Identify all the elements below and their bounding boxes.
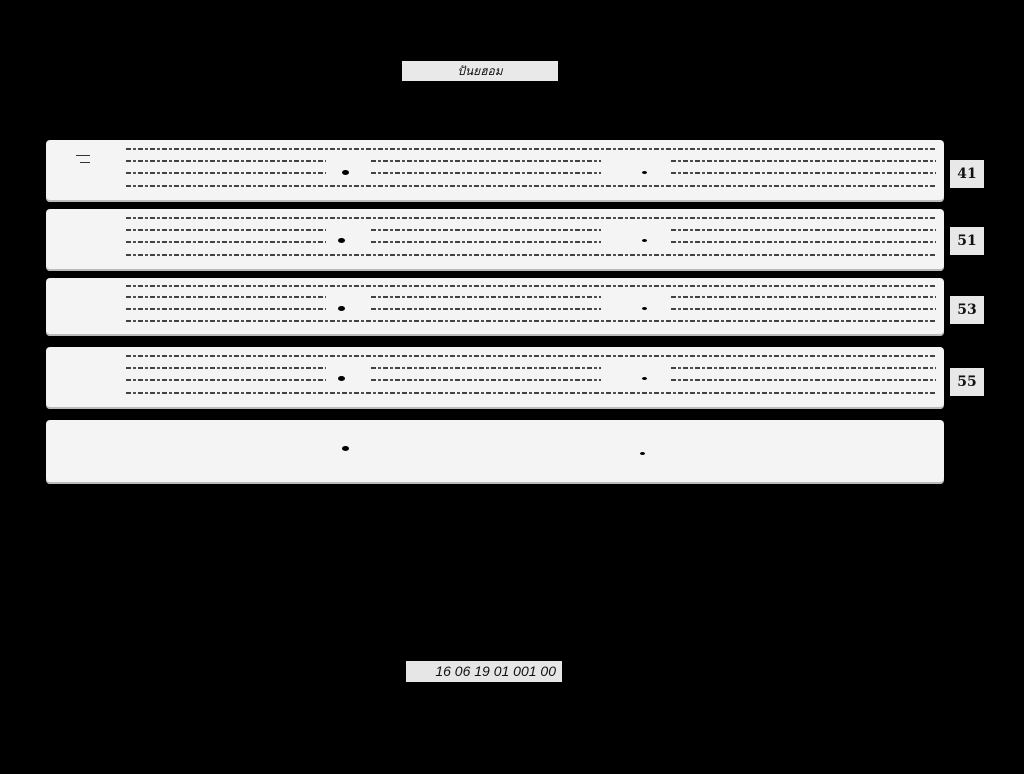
leaf-number-label: 51 <box>950 227 984 255</box>
script-line <box>126 320 936 322</box>
palm-leaf-1 <box>46 140 944 202</box>
script-line <box>126 185 936 187</box>
string-hole <box>642 239 647 242</box>
script-line <box>126 296 326 298</box>
leaf-number-label: 55 <box>950 368 984 396</box>
leaf-number-label: 53 <box>950 296 984 324</box>
script-line <box>671 172 936 174</box>
script-line <box>126 254 936 256</box>
script-line <box>671 160 936 162</box>
palm-leaf-4 <box>46 347 944 409</box>
string-hole <box>338 376 345 381</box>
script-line <box>371 160 601 162</box>
script-line <box>371 379 601 381</box>
script-line <box>126 308 326 310</box>
script-line <box>671 296 936 298</box>
palm-leaf-3 <box>46 278 944 336</box>
string-hole <box>642 307 647 310</box>
script-line <box>371 229 601 231</box>
string-hole <box>642 171 647 174</box>
margin-mark <box>80 162 90 163</box>
script-line <box>126 355 936 357</box>
script-line <box>671 229 936 231</box>
string-hole <box>342 170 349 175</box>
script-line <box>371 367 601 369</box>
palm-leaf-5-blank <box>46 420 944 484</box>
script-line <box>126 379 326 381</box>
script-line <box>671 241 936 243</box>
script-line <box>371 296 601 298</box>
script-line <box>126 160 326 162</box>
script-line <box>126 217 936 219</box>
palm-leaf-2 <box>46 209 944 271</box>
script-line <box>371 241 601 243</box>
script-line <box>671 379 936 381</box>
script-line <box>671 367 936 369</box>
microfilm-id-card: 16 06 19 01 001 00 <box>406 661 562 682</box>
script-line <box>126 367 326 369</box>
margin-mark <box>76 155 90 156</box>
script-line <box>671 308 936 310</box>
script-line <box>126 229 326 231</box>
script-line <box>371 308 601 310</box>
script-line <box>126 285 936 287</box>
leaf-number-label: 41 <box>950 160 984 188</box>
script-line <box>126 241 326 243</box>
script-line <box>371 172 601 174</box>
script-line <box>126 392 936 394</box>
script-line <box>126 148 936 150</box>
string-hole <box>338 238 345 243</box>
string-hole <box>342 446 349 451</box>
title-card: ปันยฮอม <box>402 61 558 81</box>
script-line <box>126 172 326 174</box>
string-hole <box>640 452 645 455</box>
string-hole <box>642 377 647 380</box>
string-hole <box>338 306 345 311</box>
